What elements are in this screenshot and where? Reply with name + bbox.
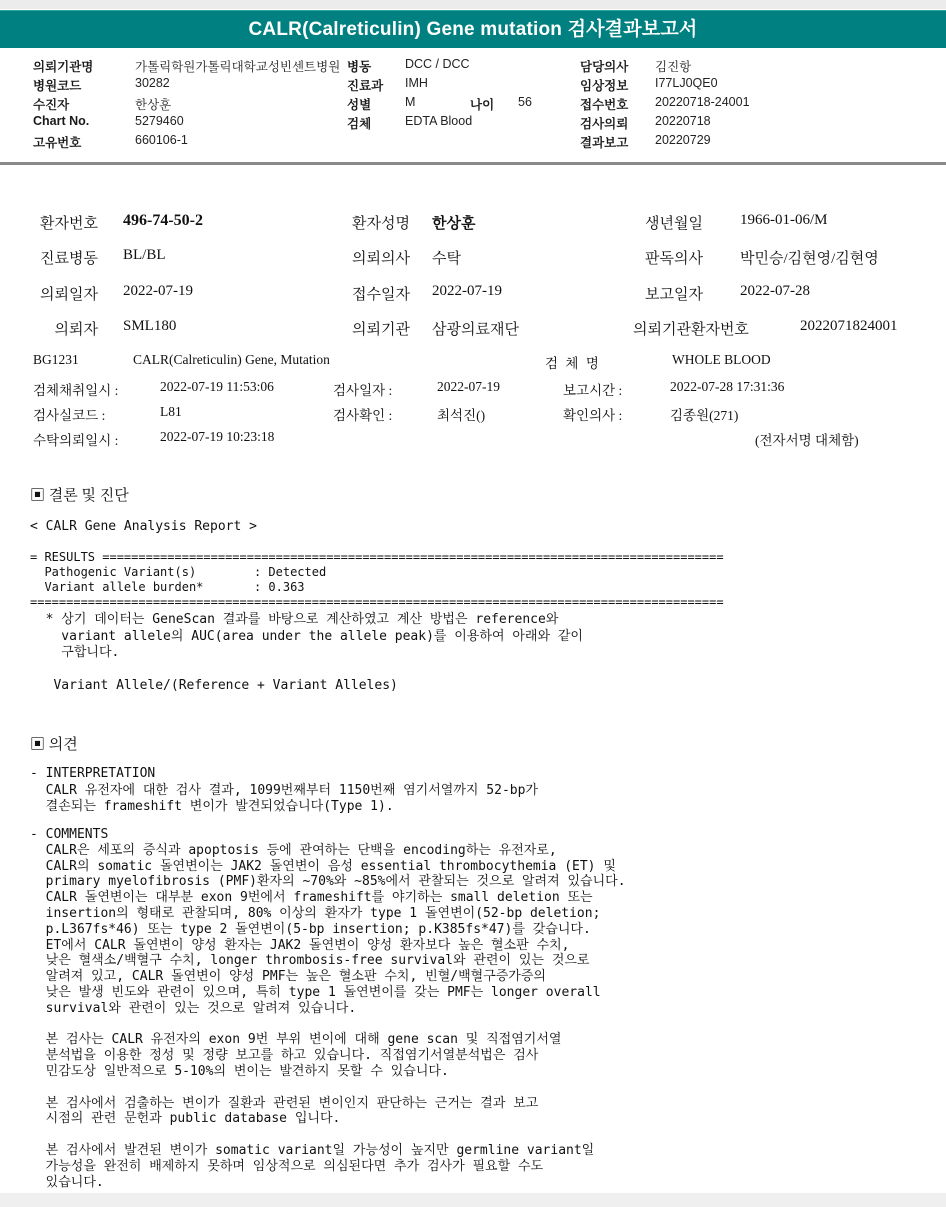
value-lab-code: L81 (160, 404, 182, 420)
label-receipt-date: 접수일자 (352, 283, 410, 304)
value-requester: SML180 (123, 318, 176, 335)
value-result-report-date: 20220729 (655, 133, 711, 147)
label-specimen: 검체 (347, 114, 371, 132)
info-row-3: 수진자 한상훈 성별 M 나이 56 접수번호 20220718-24001 (0, 95, 946, 112)
value-ward: DCC / DCC (405, 57, 470, 71)
label-requesting-institution: 의뢰기관 (352, 318, 410, 339)
label-receipt-number: 접수번호 (580, 95, 628, 113)
test-row-3: 검사실코드 : L81 검사확인 : 최석진() 확인의사 : 김종원(271) (0, 404, 946, 423)
value-test-confirm: 최석진() (437, 404, 485, 424)
value-age: 56 (518, 95, 532, 109)
value-patient-number: 496-74-50-2 (123, 212, 203, 230)
results-block: = RESULTS ==============================… (30, 550, 724, 610)
info-row-2: 병원코드 30282 진료과 IMH 임상정보 I77LJ0QE0 (0, 76, 946, 93)
test-code: BG1231 (33, 352, 79, 368)
value-collection-datetime: 2022-07-19 11:53:06 (160, 379, 274, 395)
patient-row-1: 환자번호 496-74-50-2 환자성명 한상훈 생년월일 1966-01-0… (0, 212, 946, 232)
label-institution-patient-number: 의뢰기관환자번호 (633, 318, 749, 339)
bottom-strip (0, 1193, 946, 1207)
label-report-time: 보고시간 : (563, 379, 622, 399)
label-reading-doctor: 판독의사 (645, 247, 703, 268)
label-consignment-datetime: 수탁의뢰일시 : (33, 429, 118, 449)
value-sex: M (405, 95, 415, 109)
value-examinee: 한상훈 (135, 95, 171, 113)
label-attending-doctor: 담당의사 (580, 57, 628, 75)
value-specimen-name: WHOLE BLOOD (672, 352, 771, 368)
info-row-5: 고유번호 660106-1 결과보고 20220729 (0, 133, 946, 150)
test-name: CALR(Calreticulin) Gene, Mutation (133, 352, 330, 368)
label-age: 나이 (470, 95, 494, 113)
label-requesting-org: 의뢰기관명 (33, 57, 93, 75)
value-requesting-institution: 삼광의료재단 (432, 318, 519, 339)
info-row-4: Chart No. 5279460 검체 EDTA Blood 검사의뢰 202… (0, 114, 946, 131)
value-test-request-date: 20220718 (655, 114, 711, 128)
label-sex: 성별 (347, 95, 371, 113)
electronic-signature-note: (전자서명 대체함) (755, 429, 859, 449)
label-referring-doctor: 의뢰의사 (352, 247, 410, 268)
test-row-2: 검체채취일시 : 2022-07-19 11:53:06 검사일자 : 2022… (0, 379, 946, 398)
value-receipt-date: 2022-07-19 (432, 283, 502, 300)
label-clinical-info: 임상정보 (580, 76, 628, 94)
label-collection-datetime: 검체채취일시 : (33, 379, 118, 399)
test-row-1: BG1231 CALR(Calreticulin) Gene, Mutation… (0, 352, 946, 371)
label-result-report-date: 결과보고 (580, 133, 628, 151)
value-attending-doctor: 김진항 (655, 57, 691, 75)
label-patient-number: 환자번호 (20, 212, 98, 233)
label-requester: 의뢰자 (20, 318, 98, 339)
interpretation-block: - INTERPRETATION CALR 유전자에 대한 검사 결과, 109… (30, 766, 538, 816)
header-divider (0, 162, 946, 165)
label-request-date: 의뢰일자 (20, 283, 98, 304)
label-ward: 병동 (347, 57, 371, 75)
value-consignment-datetime: 2022-07-19 10:23:18 (160, 429, 274, 445)
patient-row-2: 진료병동 BL/BL 의뢰의사 수탁 판독의사 박민승/김현영/김현영 (0, 247, 946, 267)
value-confirming-doctor: 김종원(271) (670, 404, 738, 424)
opinion-heading: ▣ 의견 (30, 733, 78, 754)
conclusion-heading: ▣ 결론 및 진단 (30, 484, 129, 505)
report-page: CALR(Calreticulin) Gene mutation 검사결과보고서… (0, 0, 946, 1207)
value-report-time: 2022-07-28 17:31:36 (670, 379, 784, 395)
value-request-date: 2022-07-19 (123, 283, 193, 300)
calculation-note-block: * 상기 데이터는 GeneScan 결과를 바탕으로 계산하였고 계산 방법은… (30, 612, 583, 695)
label-patient-name: 환자성명 (352, 212, 410, 233)
label-hospital-code: 병원코드 (33, 76, 81, 94)
patient-row-4: 의뢰자 SML180 의뢰기관 삼광의료재단 의뢰기관환자번호 20220718… (0, 318, 946, 338)
value-requesting-org: 가톨릭학원가톨릭대학교성빈센트병원 (135, 57, 340, 75)
label-test-request-date: 검사의뢰 (580, 114, 628, 132)
value-test-date: 2022-07-19 (437, 379, 500, 395)
value-chart-no: 5279460 (135, 114, 184, 128)
label-ward-room: 진료병동 (20, 247, 98, 268)
label-report-date: 보고일자 (645, 283, 703, 304)
analysis-report-title: < CALR Gene Analysis Report > (30, 519, 257, 534)
patient-row-3: 의뢰일자 2022-07-19 접수일자 2022-07-19 보고일자 202… (0, 283, 946, 303)
label-confirming-doctor: 확인의사 : (563, 404, 622, 424)
value-specimen: EDTA Blood (405, 114, 472, 128)
value-reading-doctor: 박민승/김현영/김현영 (740, 247, 879, 268)
value-department: IMH (405, 76, 428, 90)
value-unique-number: 660106-1 (135, 133, 188, 147)
value-report-date: 2022-07-28 (740, 283, 810, 300)
value-referring-doctor: 수탁 (432, 247, 461, 268)
value-hospital-code: 30282 (135, 76, 170, 90)
label-test-confirm: 검사확인 : (333, 404, 392, 424)
order-info-block: 의뢰기관명 가톨릭학원가톨릭대학교성빈센트병원 병동 DCC / DCC 담당의… (0, 0, 946, 165)
label-department: 진료과 (347, 76, 383, 94)
value-patient-name: 한상훈 (432, 212, 475, 233)
label-unique-number: 고유번호 (33, 133, 81, 151)
label-chart-no: Chart No. (33, 114, 89, 128)
comments-block: - COMMENTS CALR은 세포의 증식과 apoptosis 등에 관여… (30, 827, 626, 1190)
value-institution-patient-number: 2022071824001 (800, 318, 906, 335)
value-clinical-info: I77LJ0QE0 (655, 76, 718, 90)
label-birth-date: 생년월일 (645, 212, 703, 233)
test-row-4: 수탁의뢰일시 : 2022-07-19 10:23:18 (전자서명 대체함) (0, 429, 946, 448)
value-receipt-number: 20220718-24001 (655, 95, 750, 109)
value-ward-room: BL/BL (123, 247, 166, 264)
label-specimen-name: 검 체 명 (545, 352, 601, 372)
label-examinee: 수진자 (33, 95, 69, 113)
value-birth-date: 1966-01-06/M (740, 212, 828, 229)
label-test-date: 검사일자 : (333, 379, 392, 399)
label-lab-code: 검사실코드 : (33, 404, 105, 424)
info-row-1: 의뢰기관명 가톨릭학원가톨릭대학교성빈센트병원 병동 DCC / DCC 담당의… (0, 57, 946, 74)
